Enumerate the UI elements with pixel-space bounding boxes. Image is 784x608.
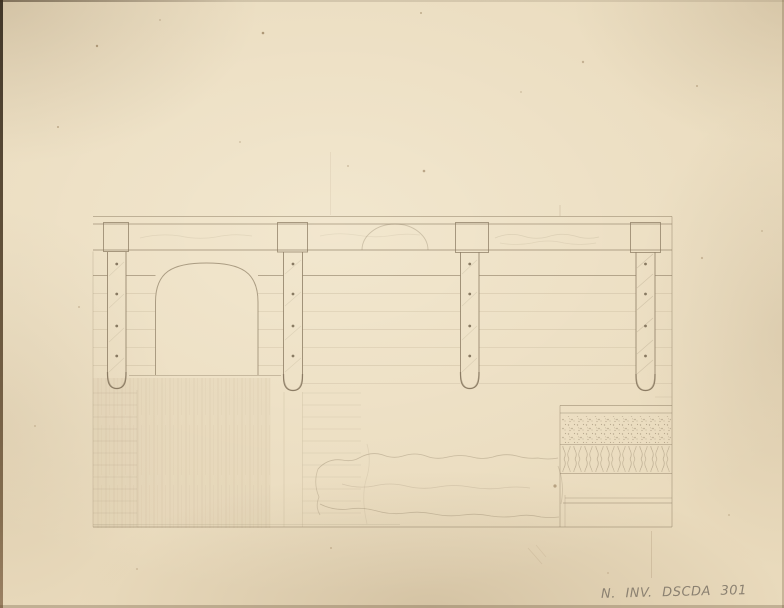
- beam-grain-squiggle: [500, 241, 596, 245]
- carved-log-band: [316, 454, 563, 518]
- textured-panel: [560, 406, 672, 528]
- scanned-drawing-sheet: N. INV. DSCDA 301: [0, 0, 784, 608]
- log-bottom-edge: [320, 504, 559, 518]
- pencil-drawing: [0, 0, 784, 608]
- plank-course-faint: [93, 294, 672, 384]
- rubble-stipple-band: [562, 416, 671, 443]
- arched-doorway: [129, 263, 281, 376]
- timber-posts: [108, 252, 656, 391]
- beam-grain-squiggle: [495, 234, 599, 238]
- post-bolt-dots: [115, 263, 647, 358]
- post-capital: [278, 223, 308, 253]
- scratch-mark: [536, 545, 546, 557]
- log-left-end: [316, 469, 320, 515]
- log-top-edge: [318, 454, 558, 469]
- post-capital: [456, 223, 489, 253]
- post: [636, 252, 655, 391]
- log-mid-squiggle: [342, 484, 530, 489]
- wood-grain-band: [562, 446, 671, 472]
- post-capital: [104, 223, 129, 252]
- post: [108, 252, 127, 389]
- paper-creases: [331, 152, 652, 578]
- beam-grain-squiggle: [320, 234, 420, 237]
- scratch-mark: [528, 548, 542, 564]
- wavy-edge-line: [364, 444, 370, 524]
- post-capital: [631, 223, 661, 253]
- arch-outline: [156, 263, 259, 375]
- beam-grain-squiggle: [140, 235, 252, 239]
